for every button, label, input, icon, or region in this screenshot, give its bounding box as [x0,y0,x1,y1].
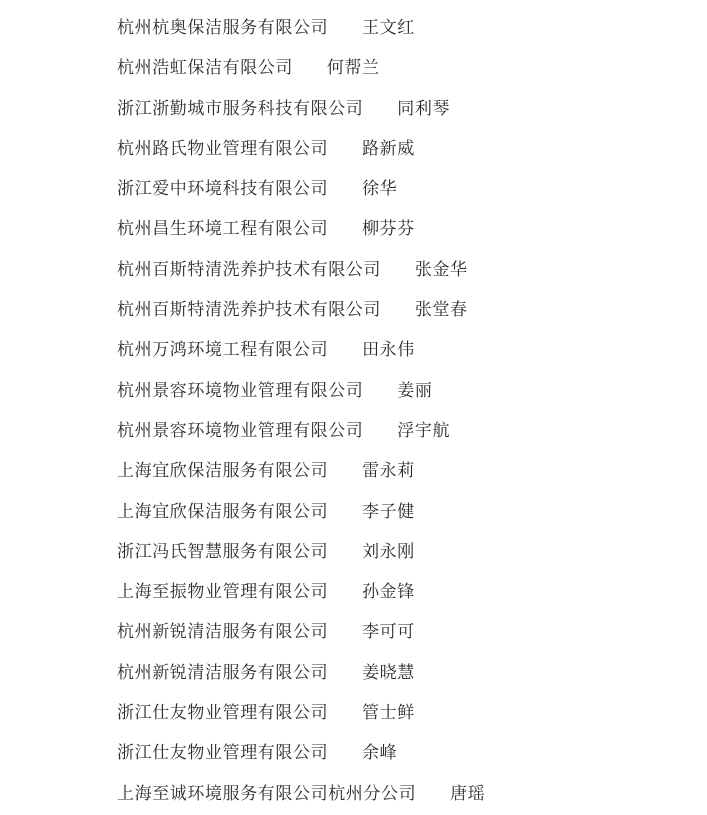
person-name: 姜丽 [397,371,432,411]
list-item: 浙江爱中环境科技有限公司 徐华 [117,169,707,209]
company-name: 杭州景容环境物业管理有限公司 [117,371,363,411]
company-name: 上海宜欣保洁服务有限公司 [117,492,328,532]
person-name: 张金华 [415,250,468,290]
document-page: 杭州杭奥保洁服务有限公司 王文红 杭州浩虹保洁有限公司 何帮兰 浙江浙勤城市服务… [0,0,707,815]
company-name: 杭州新锐清洁服务有限公司 [117,653,328,693]
person-name: 徐华 [362,169,397,209]
name-list: 杭州杭奥保洁服务有限公司 王文红 杭州浩虹保洁有限公司 何帮兰 浙江浙勤城市服务… [0,0,707,814]
person-name: 柳芬芬 [362,209,415,249]
person-name: 路新威 [362,129,415,169]
person-name: 田永伟 [362,330,415,370]
company-name: 杭州百斯特清洗养护技术有限公司 [117,290,381,330]
company-name: 浙江爱中环境科技有限公司 [117,169,328,209]
company-name: 杭州昌生环境工程有限公司 [117,209,328,249]
list-item: 上海宜欣保洁服务有限公司 李子健 [117,492,707,532]
company-name: 上海至诚环境服务有限公司杭州分公司 [117,774,416,814]
person-name: 唐瑶 [450,774,485,814]
person-name: 张堂春 [415,290,468,330]
list-item: 上海至诚环境服务有限公司杭州分公司 唐瑶 [117,774,707,814]
company-name: 杭州浩虹保洁有限公司 [117,48,293,88]
company-name: 杭州杭奥保洁服务有限公司 [117,8,328,48]
person-name: 管士鲜 [362,693,415,733]
list-item: 杭州杭奥保洁服务有限公司 王文红 [117,8,707,48]
list-item: 杭州景容环境物业管理有限公司 浮宇航 [117,411,707,451]
company-name: 上海至振物业管理有限公司 [117,572,328,612]
list-item: 杭州万鸿环境工程有限公司 田永伟 [117,330,707,370]
company-name: 杭州百斯特清洗养护技术有限公司 [117,250,381,290]
person-name: 余峰 [362,733,397,773]
list-item: 浙江浙勤城市服务科技有限公司 同利琴 [117,89,707,129]
person-name: 刘永刚 [362,532,415,572]
list-item: 上海宜欣保洁服务有限公司 雷永莉 [117,451,707,491]
list-item: 杭州景容环境物业管理有限公司 姜丽 [117,371,707,411]
list-item: 上海至振物业管理有限公司 孙金锋 [117,572,707,612]
list-item: 杭州路氏物业管理有限公司 路新威 [117,129,707,169]
company-name: 浙江冯氏智慧服务有限公司 [117,532,328,572]
company-name: 浙江仕友物业管理有限公司 [117,693,328,733]
company-name: 杭州万鸿环境工程有限公司 [117,330,328,370]
person-name: 孙金锋 [362,572,415,612]
list-item: 杭州新锐清洁服务有限公司 姜晓慧 [117,653,707,693]
list-item: 杭州浩虹保洁有限公司 何帮兰 [117,48,707,88]
person-name: 何帮兰 [327,48,380,88]
list-item: 浙江仕友物业管理有限公司 管士鲜 [117,693,707,733]
person-name: 王文红 [362,8,415,48]
person-name: 李可可 [362,612,415,652]
company-name: 浙江仕友物业管理有限公司 [117,733,328,773]
company-name: 杭州景容环境物业管理有限公司 [117,411,363,451]
list-item: 浙江冯氏智慧服务有限公司 刘永刚 [117,532,707,572]
person-name: 姜晓慧 [362,653,415,693]
company-name: 杭州路氏物业管理有限公司 [117,129,328,169]
company-name: 浙江浙勤城市服务科技有限公司 [117,89,363,129]
company-name: 杭州新锐清洁服务有限公司 [117,612,328,652]
person-name: 同利琴 [397,89,450,129]
company-name: 上海宜欣保洁服务有限公司 [117,451,328,491]
list-item: 杭州百斯特清洗养护技术有限公司 张金华 [117,250,707,290]
list-item: 浙江仕友物业管理有限公司 余峰 [117,733,707,773]
person-name: 浮宇航 [397,411,450,451]
person-name: 雷永莉 [362,451,415,491]
list-item: 杭州昌生环境工程有限公司 柳芬芬 [117,209,707,249]
person-name: 李子健 [362,492,415,532]
list-item: 杭州新锐清洁服务有限公司 李可可 [117,612,707,652]
list-item: 杭州百斯特清洗养护技术有限公司 张堂春 [117,290,707,330]
